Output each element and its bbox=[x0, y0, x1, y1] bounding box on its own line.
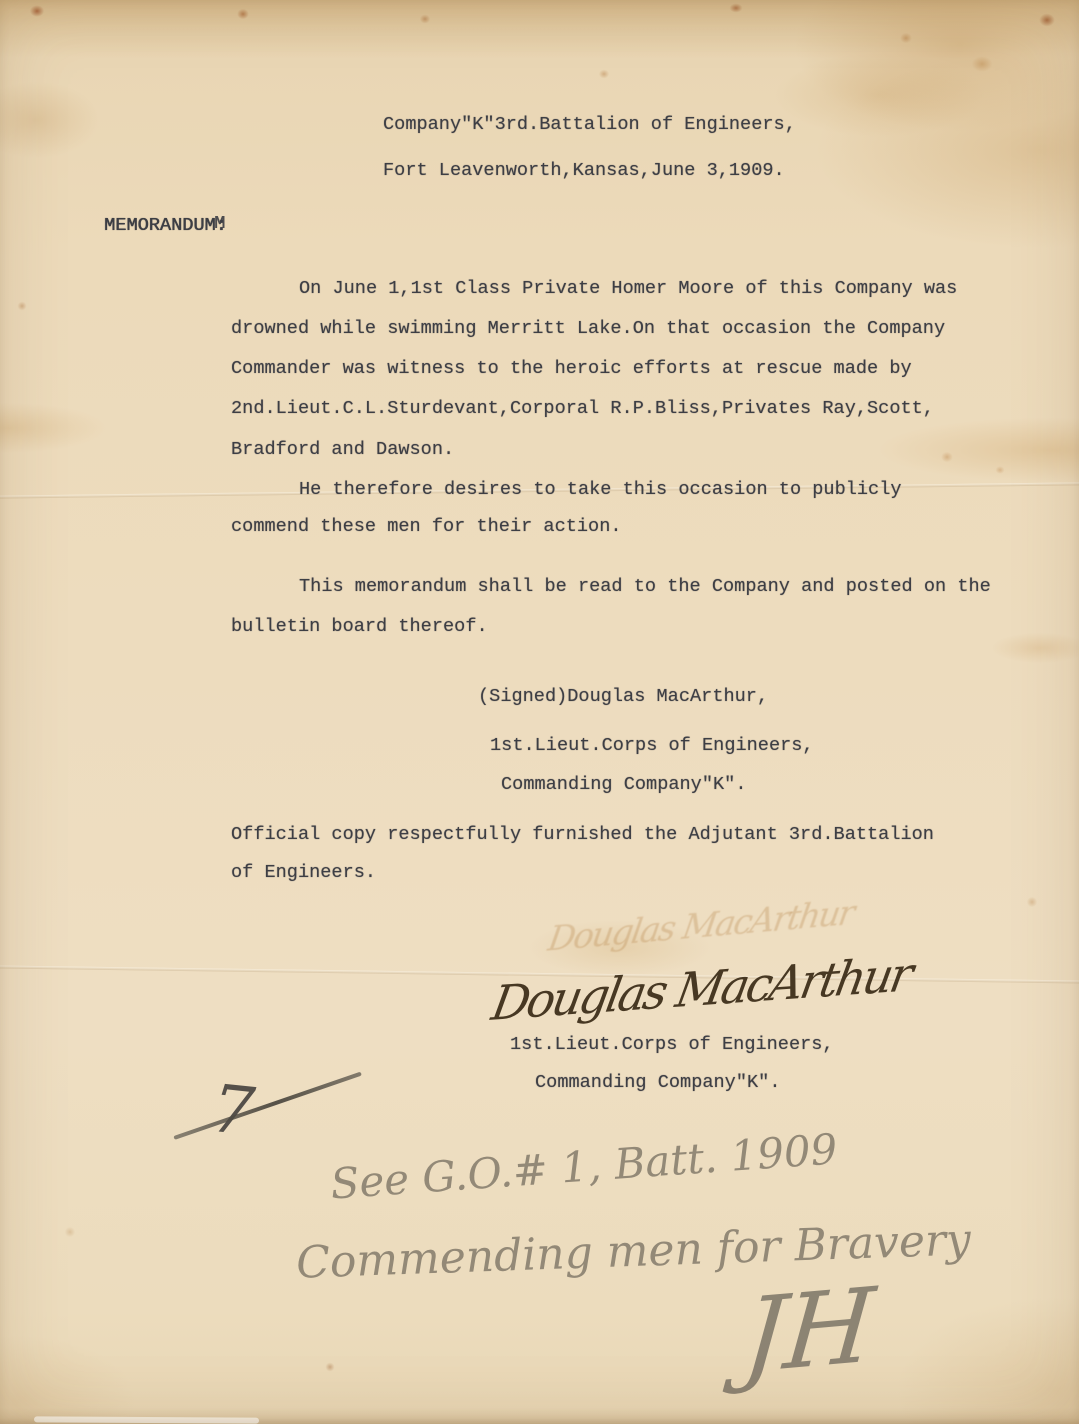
body-paragraph1-line3: Commander was witness to the heroic effo… bbox=[231, 356, 912, 382]
typed-command-line: Commanding Company"K". bbox=[501, 772, 746, 798]
pencil-note-line1: See G.O.# 1, Batt. 1909 bbox=[329, 1124, 839, 1208]
pencil-strike-stroke bbox=[173, 1072, 362, 1140]
body-paragraph3-line2: bulletin board thereof. bbox=[231, 614, 488, 640]
body-paragraph3-line1: This memorandum shall be read to the Com… bbox=[299, 574, 991, 600]
body-paragraph1-line2: drowned while swimming Merritt Lake.On t… bbox=[231, 316, 945, 342]
memo-heading-label: MEMORANDUM: bbox=[104, 215, 227, 236]
autograph-signature: Douglas MacArthur bbox=[488, 947, 915, 1032]
autograph-ink-offset-ghost: Douglas MacArthur bbox=[545, 892, 856, 959]
body-paragraph2-line1: He therefore desires to take this occasi… bbox=[299, 477, 902, 503]
autograph-rank-line: 1st.Lieut.Corps of Engineers, bbox=[510, 1032, 834, 1058]
body-paragraph2-line2: commend these men for their action. bbox=[231, 514, 622, 540]
memo-heading: MEMORANDUM: M bbox=[104, 213, 227, 239]
typed-signed-line: (Signed)Douglas MacArthur, bbox=[478, 684, 768, 710]
body-paragraph1-line1: On June 1,1st Class Private Homer Moore … bbox=[299, 276, 957, 302]
autograph-command-line: Commanding Company"K". bbox=[535, 1070, 780, 1096]
pencil-monogram-initials: JH bbox=[739, 1266, 879, 1398]
body-paragraph1-line4: 2nd.Lieut.C.L.Sturdevant,Corporal R.P.Bl… bbox=[231, 396, 934, 422]
paper-edge-sliver bbox=[34, 1416, 259, 1423]
document-page: Company"K"3rd.Battalion of Engineers, Fo… bbox=[0, 0, 1079, 1424]
memo-overstrike-character: M bbox=[214, 213, 225, 234]
typed-rank-line: 1st.Lieut.Corps of Engineers, bbox=[490, 733, 814, 759]
letterhead-dateline: Fort Leavenworth,Kansas,June 3,1909. bbox=[383, 158, 785, 184]
letterhead-unit-line: Company"K"3rd.Battalion of Engineers, bbox=[383, 112, 796, 138]
body-paragraph1-line5: Bradford and Dawson. bbox=[231, 437, 454, 463]
official-copy-line2: of Engineers. bbox=[231, 860, 376, 886]
official-copy-line1: Official copy respectfully furnished the… bbox=[231, 822, 934, 848]
